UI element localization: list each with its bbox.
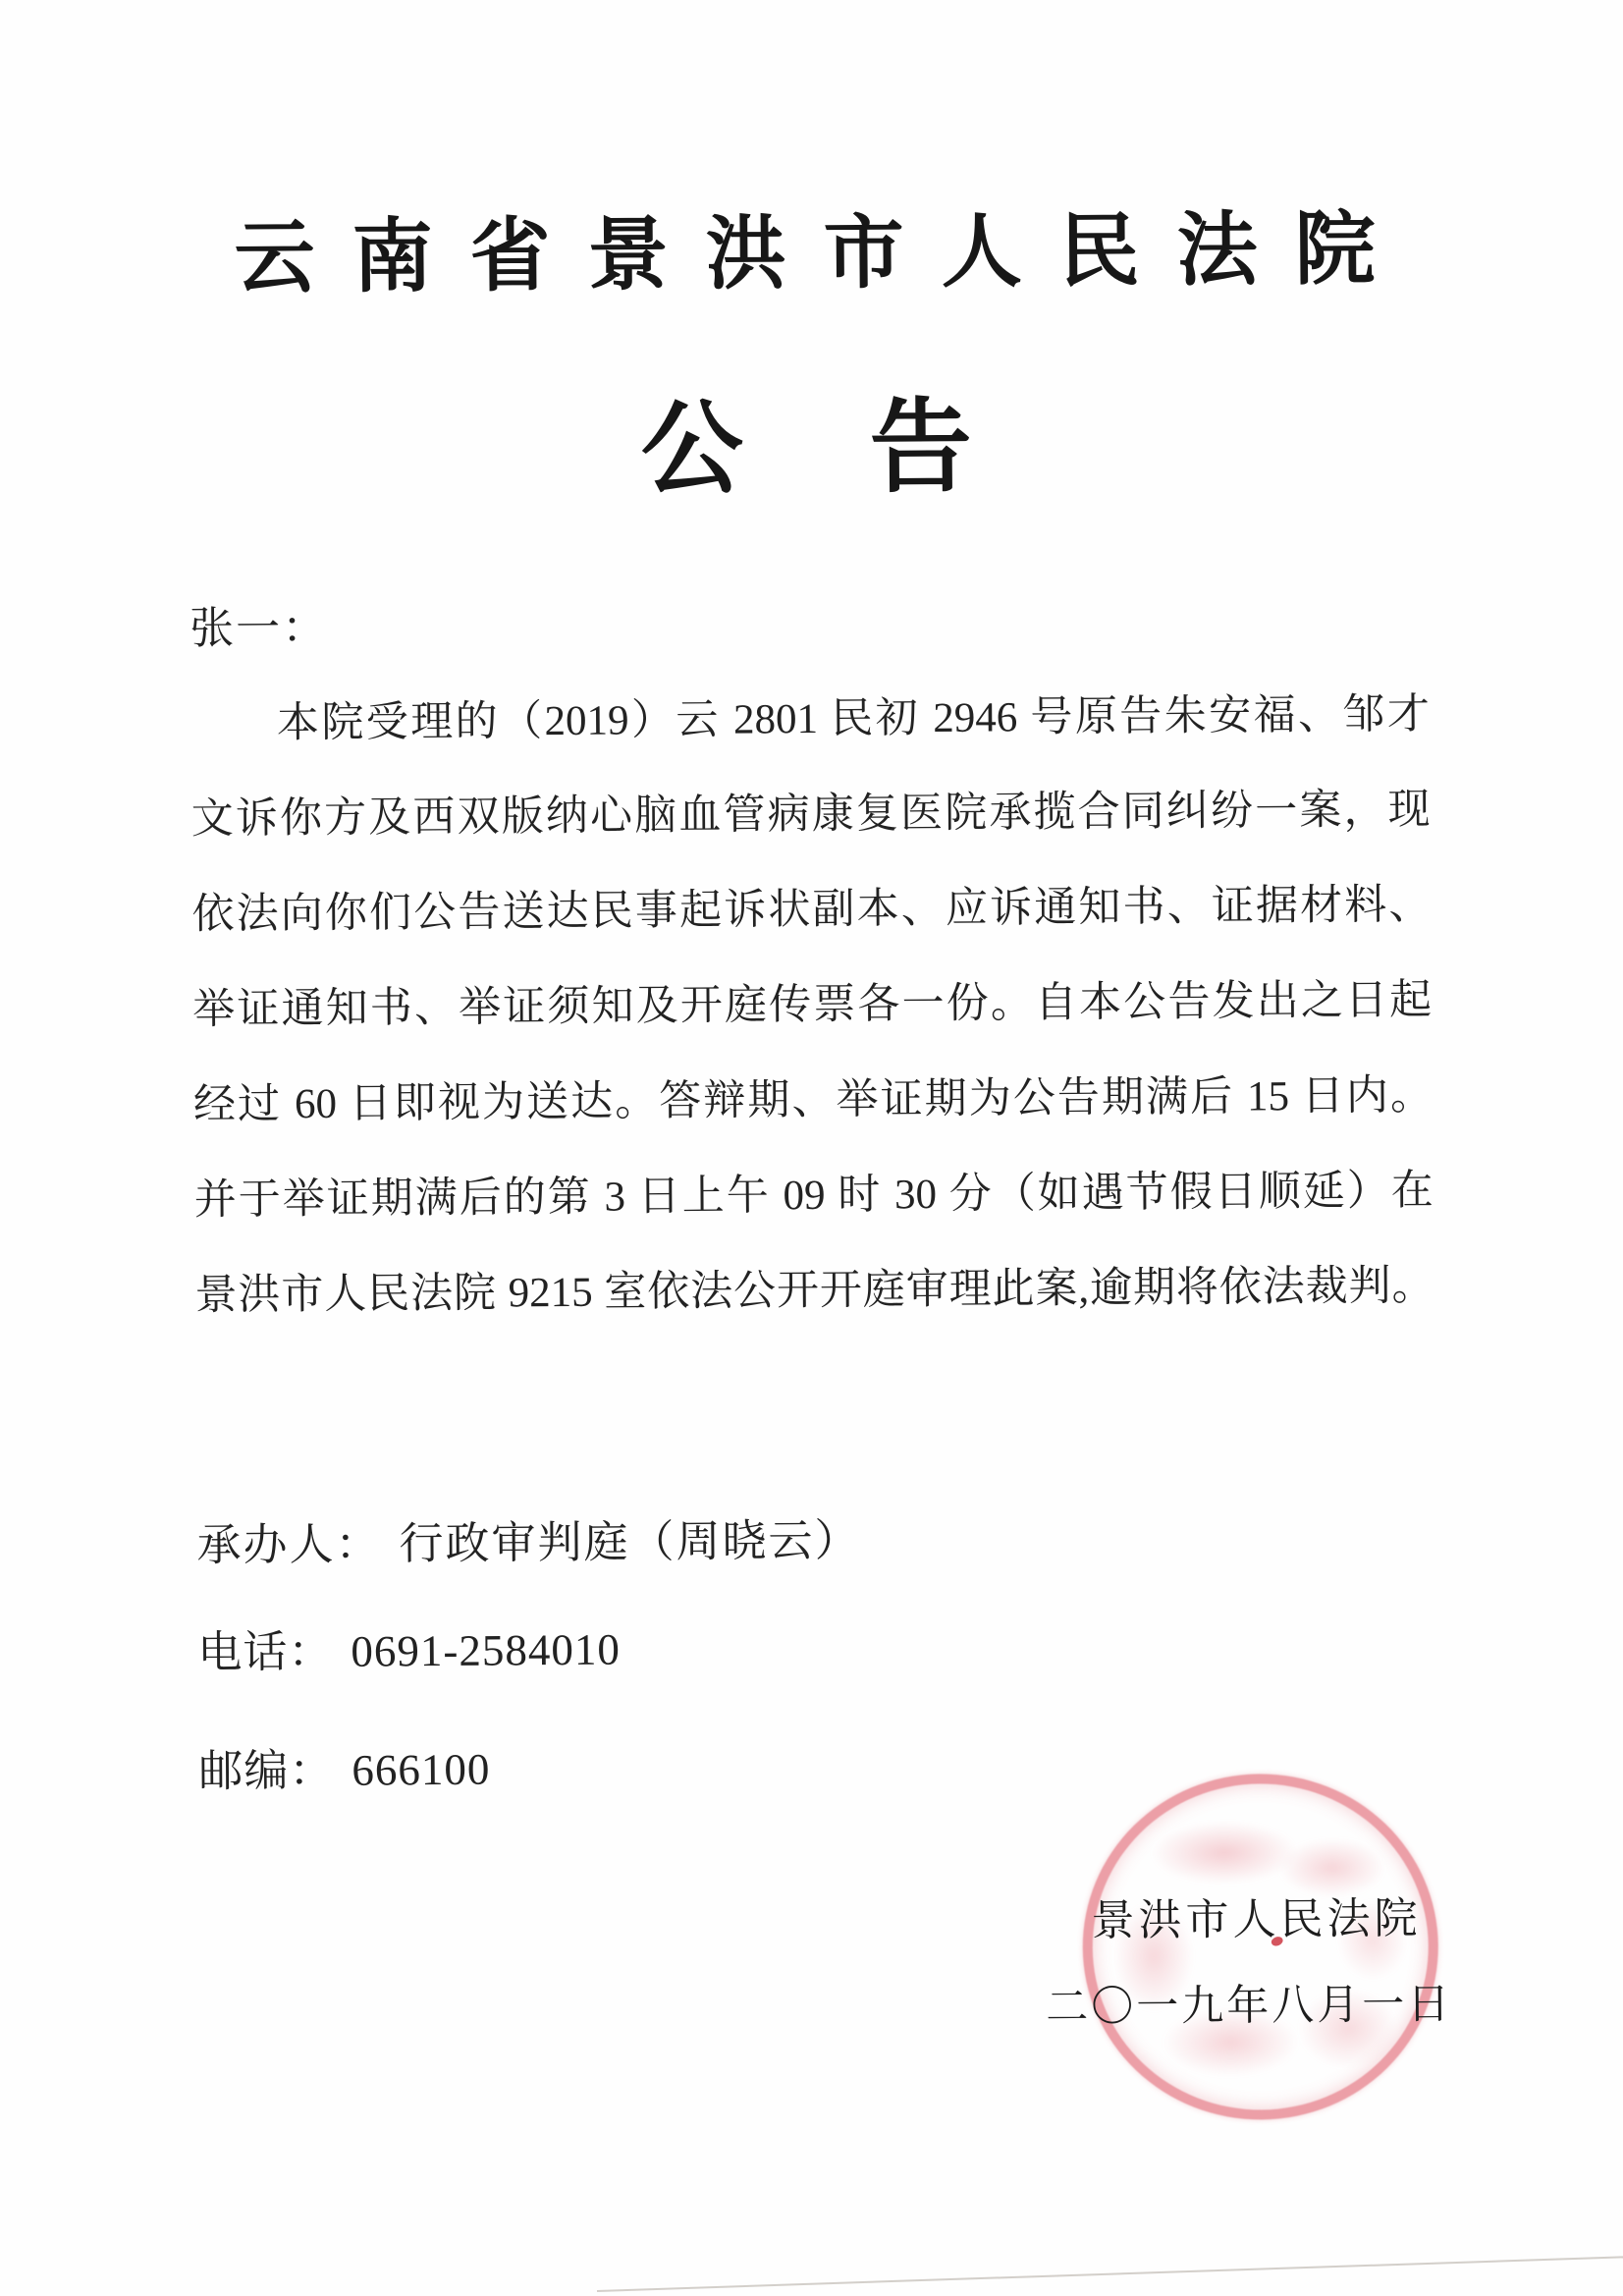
body-line: 本院受理的（2019）云 2801 民初 2946 号原告朱安福、邹才 bbox=[190, 667, 1431, 772]
body-line: 依法向你们公告送达民事起诉状副本、应诉通知书、证据材料、 bbox=[191, 857, 1432, 962]
salutation: 张一： bbox=[189, 591, 329, 656]
signature-court-name: 景洪市人民法院 bbox=[1091, 1883, 1421, 1948]
body-line: 并于举证期满后的第 3 日上午 09 时 30 分（如遇节假日顺延）在 bbox=[193, 1143, 1434, 1248]
body-line: 经过 60 日即视为送达。答辩期、举证期为公告期满后 15 日内。 bbox=[193, 1048, 1434, 1153]
handler-value: 行政审判庭（周晓云） bbox=[399, 1516, 860, 1569]
phone-label: 电话： bbox=[197, 1627, 333, 1677]
contact-handler-line: 承办人：行政审判庭（周晓云） bbox=[196, 1504, 861, 1573]
body-line: 景洪市人民法院 9215 室依法公开开庭审理此案,逾期将依法裁判。 bbox=[194, 1238, 1434, 1343]
body-paragraph: 本院受理的（2019）云 2801 民初 2946 号原告朱安福、邹才 文诉你方… bbox=[190, 667, 1434, 1343]
court-title-text: 云南省景洪市人民法院 bbox=[234, 185, 1413, 308]
phone-value: 0691-2584010 bbox=[351, 1625, 621, 1676]
body-line: 文诉你方及西双版纳心脑血管病康复医院承揽合同纠纷一案，现 bbox=[190, 762, 1431, 867]
body-line: 举证通知书、举证须知及开庭传票各一份。自本公告发出之日起 bbox=[192, 953, 1433, 1058]
notice-title: 公 告 bbox=[0, 359, 1618, 519]
seal-smudge bbox=[1151, 1821, 1298, 1885]
postcode-label: 邮编： bbox=[198, 1746, 334, 1796]
court-title: 云南省景洪市人民法院 bbox=[0, 184, 1617, 311]
contact-postcode-line: 邮编：666100 bbox=[198, 1733, 491, 1799]
handler-label: 承办人： bbox=[196, 1519, 381, 1569]
signature-date: 二〇一九年八月一日 bbox=[1046, 1971, 1452, 2034]
document-content: 云南省景洪市人民法院 公 告 张一： 本院受理的（2019）云 2801 民初 … bbox=[0, 0, 1623, 2296]
contact-phone-line: 电话：0691-2584010 bbox=[197, 1613, 621, 1680]
notice-title-text: 公 告 bbox=[640, 364, 972, 515]
postcode-value: 666100 bbox=[352, 1745, 490, 1795]
scanned-court-notice-page: 云南省景洪市人民法院 公 告 张一： 本院受理的（2019）云 2801 民初 … bbox=[0, 0, 1623, 2296]
